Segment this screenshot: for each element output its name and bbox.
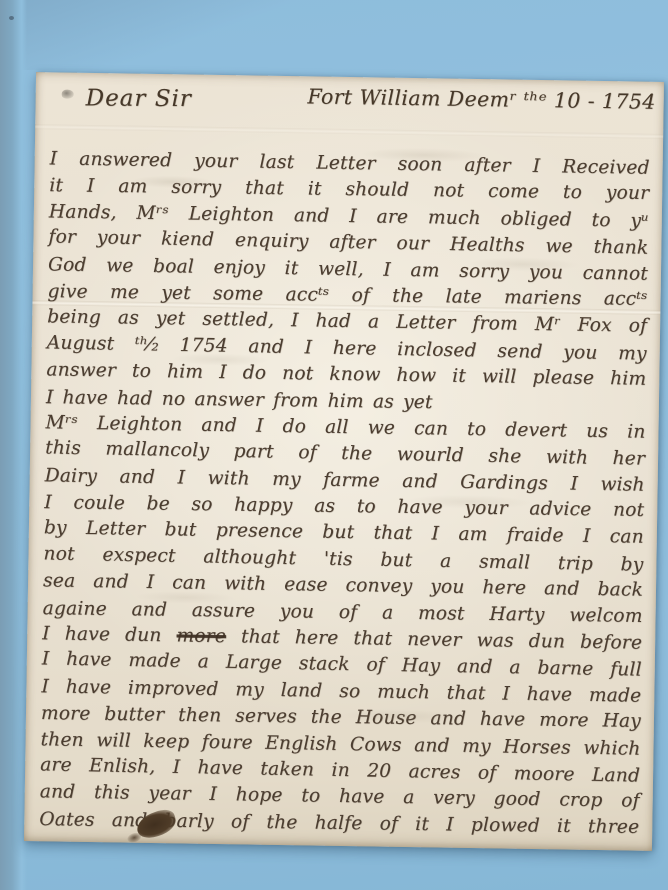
paper-smudge: [62, 90, 74, 99]
mat-speck: [9, 16, 14, 20]
letter-paper: Dear Sir Fort William Deemʳ ᵗʰᵉ 10 - 175…: [24, 72, 664, 851]
letter-body: I answered your last Letter soon after I…: [39, 146, 650, 841]
letter-salutation: Dear Sir: [86, 85, 192, 112]
mat-left-band: [0, 0, 27, 890]
mat-shading: [0, 0, 668, 70]
letter-dateline: Fort William Deemʳ ᵗʰᵉ 10 - 1754: [276, 84, 656, 114]
photo-scene: Dear Sir Fort William Deemʳ ᵗʰᵉ 10 - 175…: [0, 0, 668, 890]
paper-crease: [35, 124, 663, 139]
strikethrough-word: more: [176, 625, 226, 647]
